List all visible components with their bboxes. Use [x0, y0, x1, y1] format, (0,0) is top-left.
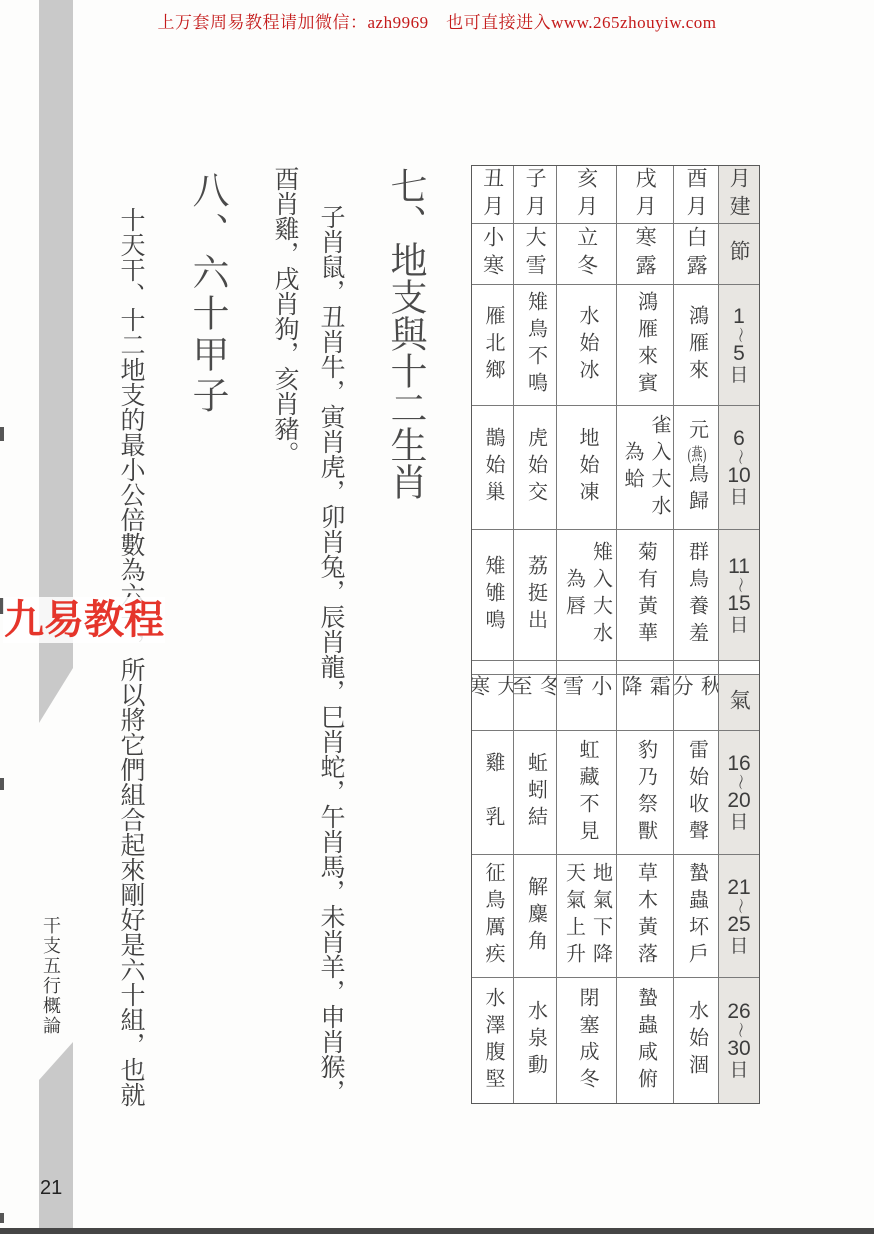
phenology-cell: 虎始交 — [514, 406, 557, 530]
phenology-cell: 水始涸 — [674, 978, 719, 1103]
parenthesized-yan: (燕) — [688, 446, 707, 463]
book-page: 上万套周易教程请加微信：azh9969 也可直接进入www.265zhouyiw… — [0, 0, 874, 1234]
spacer-cell — [617, 661, 674, 675]
scan-artifact — [0, 778, 4, 790]
phenology-cell: 鵲始巢 — [472, 406, 514, 530]
qi-cell: 大寒 — [472, 675, 514, 731]
section-7-heading: 七、地支與十二生肖 — [386, 167, 423, 500]
phenology-cell: 水始冰 — [557, 285, 617, 406]
phenology-cell: 雁北鄉 — [472, 285, 514, 406]
qi-header-cell: 氣 — [719, 675, 759, 731]
phenology-cell: 地始凍 — [557, 406, 617, 530]
phenology-cell: 蟄蟲咸俯 — [617, 978, 674, 1103]
spacer-cell — [719, 661, 759, 675]
section-8-paragraph-line-1: 十天干、十二地支的最小公倍數為六十，所以將它們組合起來剛好是六十組，也就 — [118, 207, 143, 1107]
phenology-cell: 雉入大水 為唇 — [557, 530, 617, 661]
watermark-badge: 九易教程 — [3, 597, 165, 643]
qi-cell: 小雪 — [557, 675, 617, 731]
date-range-cell: 1 〜 5 日 — [719, 285, 759, 406]
page-number: 21 — [40, 1177, 62, 1200]
phenology-cell: 雉雊鳴 — [472, 530, 514, 661]
phenology-cell: 豹乃祭獸 — [617, 731, 674, 855]
qi-cell: 霜降 — [617, 675, 674, 731]
phenology-cell: 雉鳥不鳴 — [514, 285, 557, 406]
phenology-cell: 虹藏不見 — [557, 731, 617, 855]
phenology-cell: 群鳥養羞 — [674, 530, 719, 661]
month-cell: 子月 — [514, 166, 557, 224]
spacer-cell — [514, 661, 557, 675]
solar-terms-table: 丑月 子月 亥月 戌月 酉月 月建 小寒 大雪 立冬 寒露 白露 節 雁北鄉 雉… — [471, 165, 760, 1104]
phenology-cell: 地氣下降 天氣上升 — [557, 855, 617, 978]
phenology-cell: 蚯蚓結 — [514, 731, 557, 855]
tilde-glyph: 〜 — [733, 449, 745, 465]
date-range-cell: 16 〜 20 日 — [719, 731, 759, 855]
qi-cell: 冬至 — [514, 675, 557, 731]
jie-cell: 寒露 — [617, 224, 674, 285]
tilde-glyph: 〜 — [733, 1022, 745, 1038]
jie-header-cell: 節 — [719, 224, 759, 285]
month-cell: 戌月 — [617, 166, 674, 224]
bottom-edge-bar — [0, 1228, 874, 1234]
date-range-cell: 6 〜 10 日 — [719, 406, 759, 530]
jie-cell: 立冬 — [557, 224, 617, 285]
phenology-cell: 雷始收聲 — [674, 731, 719, 855]
promo-banner-text: 上万套周易教程请加微信：azh9969 也可直接进入www.265zhouyiw… — [0, 8, 874, 33]
tilde-glyph: 〜 — [733, 576, 745, 592]
jie-cell: 小寒 — [472, 224, 514, 285]
date-range-cell: 21 〜 25 日 — [719, 855, 759, 978]
phenology-cell: 解麋角 — [514, 855, 557, 978]
jie-cell: 白露 — [674, 224, 719, 285]
scan-artifact — [0, 427, 4, 441]
phenology-cell: 征鳥厲疾 — [472, 855, 514, 978]
month-header-cell: 月建 — [719, 166, 759, 224]
section-7-paragraph-line-2: 酉肖雞，戌肖狗，亥肖豬。 — [272, 166, 297, 466]
phenology-cell: 鴻雁來賓 — [617, 285, 674, 406]
phenology-cell: 荔挺出 — [514, 530, 557, 661]
phenology-cell: 草木黃落 — [617, 855, 674, 978]
month-cell: 酉月 — [674, 166, 719, 224]
phenology-cell: 元(燕)鳥歸 — [674, 406, 719, 530]
phenology-cell: 閉塞成冬 — [557, 978, 617, 1103]
phenology-cell: 雀入大水 為蛤 — [617, 406, 674, 530]
spacer-cell — [674, 661, 719, 675]
tilde-glyph: 〜 — [733, 326, 745, 342]
watermark-text: 九易教程 — [4, 600, 164, 640]
phenology-cell: 雞 乳 — [472, 731, 514, 855]
jie-cell: 大雪 — [514, 224, 557, 285]
phenology-cell: 鴻雁來 — [674, 285, 719, 406]
tilde-glyph: 〜 — [733, 897, 745, 913]
section-7-paragraph-line-1: 子肖鼠，丑肖牛，寅肖虎，卯肖兔，辰肖龍，巳肖蛇，午肖馬，未肖羊，申肖猴， — [318, 204, 343, 1104]
tilde-glyph: 〜 — [733, 774, 745, 790]
month-cell: 丑月 — [472, 166, 514, 224]
phenology-cell: 蟄蟲坏戶 — [674, 855, 719, 978]
phenology-cell: 水泉動 — [514, 978, 557, 1103]
phenology-cell: 水澤腹堅 — [472, 978, 514, 1103]
spacer-cell — [557, 661, 617, 675]
left-ribbon-bottom — [39, 1042, 73, 1234]
scan-artifact — [0, 1213, 4, 1223]
qi-cell: 秋分 — [674, 675, 719, 731]
date-range-cell: 26 〜 30 日 — [719, 978, 759, 1103]
book-title-side-label: 干支五行概論 — [42, 916, 60, 1036]
section-8-heading: 八、六十甲子 — [188, 171, 225, 417]
spacer-cell — [472, 661, 514, 675]
phenology-cell: 菊有黃華 — [617, 530, 674, 661]
month-cell: 亥月 — [557, 166, 617, 224]
date-range-cell: 11 〜 15 日 — [719, 530, 759, 661]
